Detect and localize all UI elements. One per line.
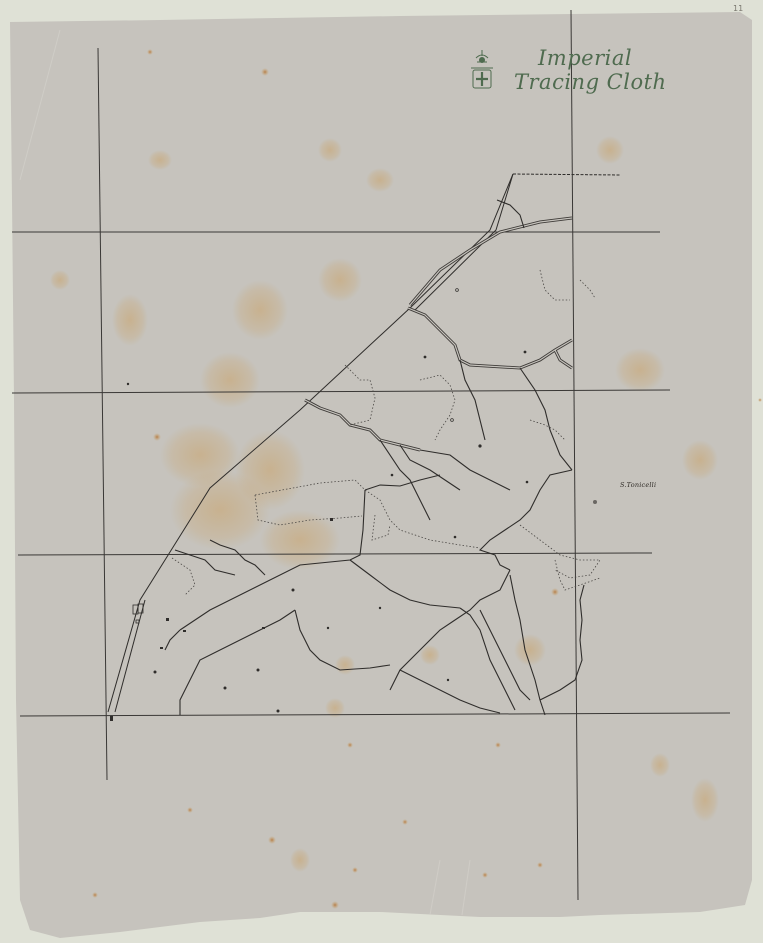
place-label: S.Tonicelli: [620, 481, 656, 489]
sheet-number: 11: [733, 4, 743, 13]
watermark: Imperial Tracing Cloth: [468, 42, 698, 112]
paper: [10, 12, 752, 938]
map-sheet: [0, 0, 763, 943]
crest-icon: [468, 48, 496, 94]
watermark-line-1: Imperial: [538, 46, 632, 70]
watermark-line-2: Tracing Cloth: [514, 70, 667, 94]
